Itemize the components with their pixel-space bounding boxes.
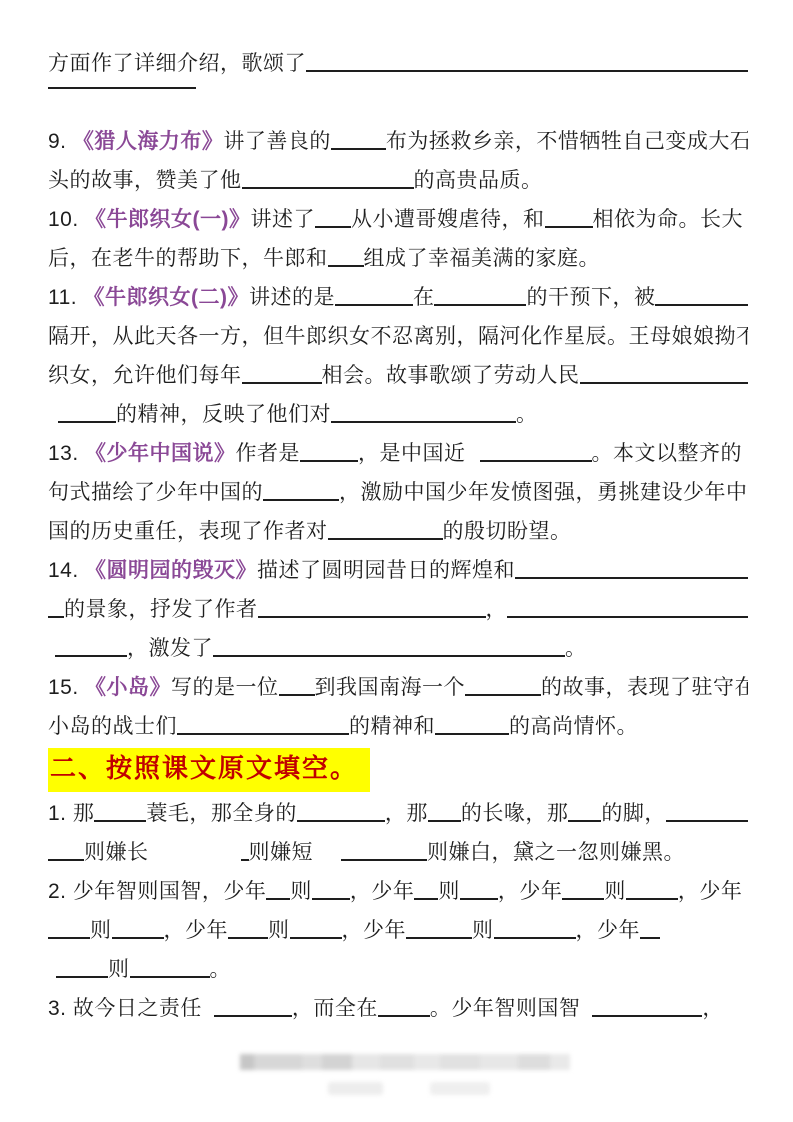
text-segment: 3. 故今日之责任 [48, 989, 202, 1028]
fill-in-blank [112, 935, 164, 939]
fill-in-blank [279, 692, 315, 696]
text-segment: 13. [48, 434, 85, 473]
fill-in-blank [494, 935, 576, 939]
text-segment: 则 [438, 872, 460, 911]
q11-line-1: 11. 《牛郎织女(二)》讲述的是在的干预下，被 [48, 278, 748, 317]
fill-in-blank [414, 896, 438, 900]
q13-line-1: 13. 《少年中国说》作者是，是中国近。本文以整齐的 [48, 434, 748, 473]
text-segment: 的景象，抒发了作者 [64, 590, 258, 629]
text-segment: 。 [516, 395, 538, 434]
fill-in-blank [213, 653, 565, 657]
text-segment: ，那 [385, 794, 428, 833]
text-segment: 。 [210, 950, 232, 989]
fill-in-blank [48, 85, 196, 89]
fill-in-blank [94, 818, 146, 822]
text-segment: 则嫌白，黛之一忽则嫌黑。 [427, 833, 685, 872]
watermark-block [480, 1054, 518, 1070]
text-segment: 。少年智则国智 [430, 989, 581, 1028]
text-segment: 的干预下，被 [526, 278, 655, 317]
text-segment: 相依为命。长大 [593, 200, 744, 239]
fill-in-blank [331, 146, 386, 150]
text-segment: 。 [565, 629, 587, 668]
text-segment: 的长喙，那 [461, 794, 569, 833]
fill-in-blank [48, 857, 84, 861]
lesson-title: 《圆明园的毁灭》 [85, 551, 257, 590]
watermark-block [352, 1054, 380, 1070]
lesson-title: 《牛郎织女(一)》 [85, 200, 251, 239]
text-segment: ，少年 [678, 872, 743, 911]
text-segment: ，少年 [576, 911, 641, 950]
text-segment: 写的是一位 [171, 668, 279, 707]
lesson-title: 《牛郎织女(二)》 [83, 278, 249, 317]
text-segment: ，少年 [164, 911, 229, 950]
q14-line-3: ，激发了。 [48, 629, 748, 668]
text-segment: 相会。故事歌颂了劳动人民 [322, 356, 580, 395]
fill-in-blank [228, 935, 268, 939]
text-segment: ， [702, 989, 724, 1028]
text-segment: 在 [413, 278, 435, 317]
text-segment: 则 [268, 911, 290, 950]
text-segment: 则 [108, 950, 130, 989]
text-segment: 组成了幸福美满的家庭。 [364, 239, 601, 278]
fill-in-blank [214, 1013, 292, 1017]
text-segment: 。本文以整齐的 [592, 434, 743, 473]
watermark-block [254, 1054, 302, 1070]
text-segment: 则 [290, 872, 312, 911]
fill-in-blank [130, 974, 210, 978]
text-segment: 讲了善良的 [223, 122, 331, 161]
text-segment: ，激励中国少年发愤图强，勇挑建设少年中 [339, 473, 748, 512]
q14-line-1: 14. 《圆明园的毁灭》描述了圆明园昔日的辉煌和 [48, 551, 748, 590]
fill-in-blank [242, 380, 322, 384]
q13-line-2: 句式描绘了少年中国的，激励中国少年发愤图强，勇挑建设少年中 [48, 473, 748, 512]
fill-in-blank [48, 935, 90, 939]
fill-in-blank [666, 818, 748, 822]
fill-in-blank [315, 224, 351, 228]
fill-in-blank [177, 731, 349, 735]
fill-in-blank [300, 458, 358, 462]
text-segment: 蓑毛，那全身的 [146, 794, 297, 833]
lesson-title: 《小岛》 [85, 668, 171, 707]
lesson-title: 《猎人海力布》 [73, 122, 224, 161]
q10-line-1: 10. 《牛郎织女(一)》讲述了从小遭哥嫂虐待，和相依为命。长大 [48, 200, 748, 239]
fill-in-blank [263, 497, 339, 501]
text-segment: 的高贵品质。 [414, 161, 543, 200]
watermark-block [322, 1054, 352, 1070]
spacer [202, 1014, 214, 1015]
watermark-block [550, 1054, 570, 1070]
fill-in-blank [306, 68, 748, 72]
fill-in-blank [655, 302, 748, 306]
text-segment: 9. [48, 122, 73, 161]
text-segment: 11. [48, 278, 83, 317]
spacer [48, 654, 55, 655]
fill-in-blank [568, 818, 601, 822]
text-segment: 织女，允许他们每年 [48, 356, 242, 395]
fill-in-blank [241, 857, 249, 861]
fill-in-blank [328, 263, 364, 267]
continuation-line-1: 方面作了详细介绍，歌颂了 [48, 44, 748, 83]
text-segment: ，少年 [342, 911, 407, 950]
q11-line-2: 隔开，从此天各一方，但牛郎织女不忍离别，隔河化作星辰。王母娘娘拗不过 [48, 317, 748, 356]
watermark-smudge [430, 1082, 490, 1095]
watermark-block [302, 1054, 322, 1070]
fill-in-blank [480, 458, 592, 462]
text-segment: 布为拯救乡亲，不惜牺牲自己变成大石 [386, 122, 748, 161]
text-segment: 1. 那 [48, 794, 94, 833]
q15-line-2: 小岛的战士们的精神和的高尚情怀。 [48, 707, 748, 746]
text-segment: ，激发了 [127, 629, 213, 668]
s2-q2-line-2: 则，少年则，少年则，少年 [48, 911, 748, 950]
watermark [240, 1042, 570, 1070]
text-segment: 15. [48, 668, 85, 707]
fill-in-blank [515, 575, 748, 579]
text-segment: 作者是 [236, 434, 301, 473]
fill-in-blank [640, 935, 660, 939]
fill-in-blank [580, 380, 749, 384]
section-2-header: 二、按照课文原文填空。 [48, 746, 748, 794]
text-segment: ， [486, 590, 508, 629]
text-segment: 的精神，反映了他们对 [116, 395, 331, 434]
text-segment: 讲述的是 [249, 278, 335, 317]
fill-in-blank [55, 653, 127, 657]
fill-in-blank [56, 974, 108, 978]
fill-in-blank [48, 614, 64, 618]
s2-q2-line-3: 则。 [48, 950, 748, 989]
text-segment: ，而全在 [292, 989, 378, 1028]
q13-line-3: 国的历史重任，表现了作者对的殷切盼望。 [48, 512, 748, 551]
text-segment: 14. [48, 551, 85, 590]
text-segment: 到我国南海一个 [315, 668, 466, 707]
watermark-block [380, 1054, 414, 1070]
fill-in-blank [562, 896, 604, 900]
spacer [48, 975, 56, 976]
fill-in-blank [312, 896, 350, 900]
text-segment: 则 [90, 911, 112, 950]
watermark-block [414, 1054, 440, 1070]
fill-in-blank [626, 896, 678, 900]
text-segment: 则 [472, 911, 494, 950]
fill-in-blank [58, 419, 116, 423]
fill-in-blank [297, 818, 385, 822]
fill-in-blank [266, 896, 290, 900]
fill-in-blank [435, 731, 509, 735]
text-segment: 头的故事，赞美了他 [48, 161, 242, 200]
fill-in-blank [341, 857, 427, 861]
fill-in-blank [290, 935, 342, 939]
text-segment: 隔开，从此天各一方，但牛郎织女不忍离别，隔河化作星辰。王母娘娘拗不过 [48, 317, 748, 356]
fill-in-blank [465, 692, 541, 696]
text-segment: 从小遭哥嫂虐待，和 [351, 200, 545, 239]
watermark-block [240, 1054, 254, 1070]
s2-q1-line-1: 1. 那蓑毛，那全身的，那的长喙，那的脚， [48, 794, 748, 833]
spacer [48, 420, 58, 421]
q11-line-4: 的精神，反映了他们对。 [48, 395, 748, 434]
fill-in-blank [592, 1013, 702, 1017]
text-segment: ，是中国近 [358, 434, 466, 473]
spacer [313, 858, 341, 859]
s2-q2-line-1: 2. 少年智则国智，少年则，少年则，少年则，少年 [48, 872, 748, 911]
fill-in-blank [460, 896, 498, 900]
text-segment: 方面作了详细介绍，歌颂了 [48, 44, 306, 83]
worksheet-page: 方面作了详细介绍，歌颂了9. 《猎人海力布》讲了善良的布为拯救乡亲，不惜牺牲自己… [0, 0, 793, 1122]
watermark-block [518, 1054, 550, 1070]
q14-line-2: 的景象，抒发了作者， [48, 590, 748, 629]
text-segment: 则嫌短 [249, 833, 314, 872]
fill-in-blank [406, 935, 472, 939]
q10-line-2: 后，在老牛的帮助下，牛郎和组成了幸福美满的家庭。 [48, 239, 748, 278]
text-segment: 的高尚情怀。 [509, 707, 638, 746]
fill-in-blank [545, 224, 593, 228]
spacer [580, 1014, 592, 1015]
q9-line-2: 头的故事，赞美了他的高贵品质。 [48, 161, 748, 200]
text-segment: 的殷切盼望。 [443, 512, 572, 551]
fill-in-blank [378, 1013, 430, 1017]
lesson-title: 《少年中国说》 [85, 434, 236, 473]
text-segment: 的脚， [601, 794, 666, 833]
text-segment: 的故事，表现了驻守在 [541, 668, 748, 707]
continuation-line-2 [48, 83, 748, 122]
text-segment: 句式描绘了少年中国的 [48, 473, 263, 512]
spacer [466, 459, 480, 460]
text-segment: ，少年 [350, 872, 415, 911]
text-segment: 后，在老牛的帮助下，牛郎和 [48, 239, 328, 278]
text-segment: 讲述了 [251, 200, 316, 239]
text-segment: 小岛的战士们 [48, 707, 177, 746]
fill-in-blank [328, 536, 443, 540]
spacer [149, 858, 241, 859]
text-segment: 10. [48, 200, 85, 239]
q15-line-1: 15. 《小岛》写的是一位到我国南海一个的故事，表现了驻守在 [48, 668, 748, 707]
q11-line-3: 织女，允许他们每年相会。故事歌颂了劳动人民 [48, 356, 748, 395]
text-segment: ，少年 [498, 872, 563, 911]
fill-in-blank [434, 302, 526, 306]
worksheet-content: 方面作了详细介绍，歌颂了9. 《猎人海力布》讲了善良的布为拯救乡亲，不惜牺牲自己… [48, 44, 748, 1028]
s2-q1-line-2: 则嫌长则嫌短则嫌白，黛之一忽则嫌黑。 [48, 833, 748, 872]
text-segment: 的精神和 [349, 707, 435, 746]
watermark-smudge [328, 1082, 383, 1095]
text-segment: 2. 少年智则国智，少年 [48, 872, 266, 911]
text-segment: 描述了圆明园昔日的辉煌和 [257, 551, 515, 590]
s2-q3-line-1: 3. 故今日之责任，而全在。少年智则国智， [48, 989, 748, 1028]
fill-in-blank [242, 185, 414, 189]
fill-in-blank [331, 419, 516, 423]
fill-in-blank [258, 614, 486, 618]
fill-in-blank [335, 302, 413, 306]
q9-line-1: 9. 《猎人海力布》讲了善良的布为拯救乡亲，不惜牺牲自己变成大石 [48, 122, 748, 161]
section-header: 二、按照课文原文填空。 [48, 748, 370, 792]
text-segment: 则嫌长 [84, 833, 149, 872]
fill-in-blank [428, 818, 461, 822]
watermark-blur-strip [240, 1054, 570, 1070]
watermark-block [440, 1054, 480, 1070]
text-segment: 则 [604, 872, 626, 911]
text-segment: 国的历史重任，表现了作者对 [48, 512, 328, 551]
fill-in-blank [507, 614, 748, 618]
